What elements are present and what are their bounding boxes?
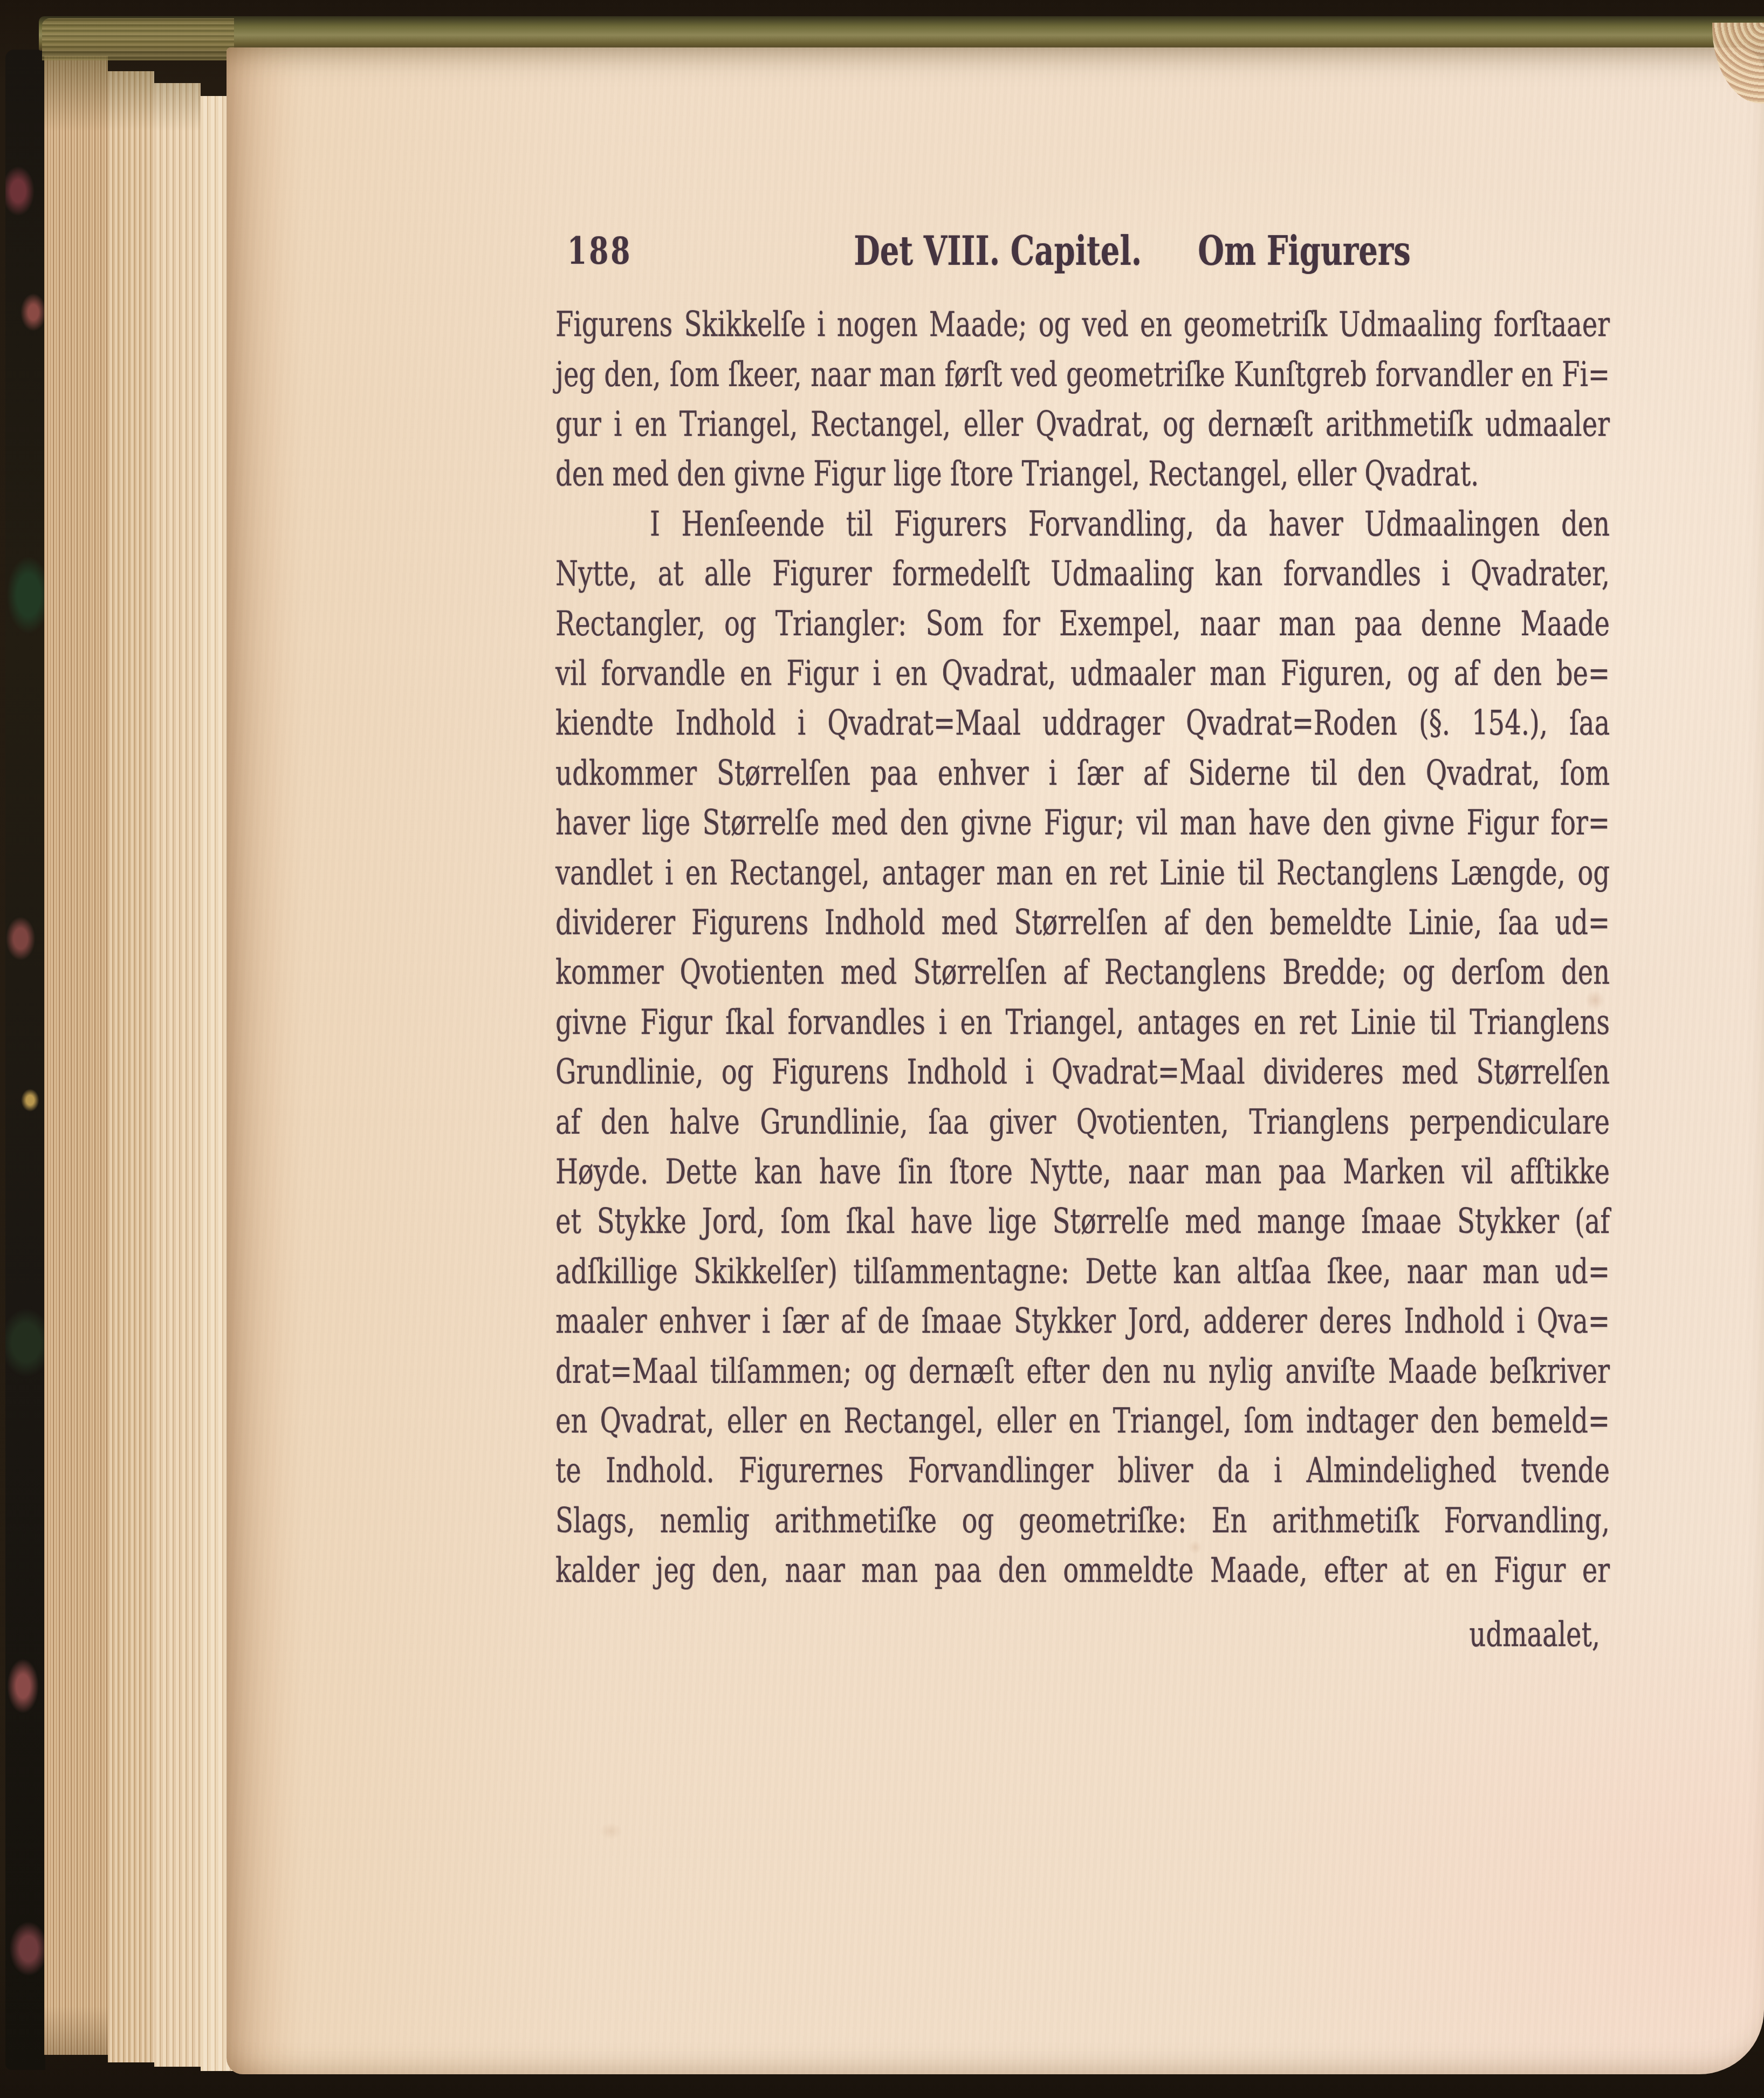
text-line: en Qvadrat, eller en Rectangel, eller en… bbox=[555, 1396, 1610, 1446]
text-column: 188 Det VIII. Capitel. Om Figurers Figur… bbox=[555, 227, 1610, 1660]
text-line: et Stykke Jord, ſom ſkal have lige Størr… bbox=[555, 1197, 1610, 1246]
text-line: Høyde. Dette kan have ſin ſtore Nytte, n… bbox=[555, 1147, 1610, 1197]
chapter-title: Det VIII. Capitel. bbox=[854, 227, 1142, 276]
text-line: te Indhold. Figurernes Forvandlinger bli… bbox=[555, 1446, 1610, 1496]
text-line: gur i en Triangel, Rectangel, eller Qvad… bbox=[555, 400, 1610, 449]
book-scan: 188 Det VIII. Capitel. Om Figurers Figur… bbox=[0, 0, 1764, 2098]
text-line: jeg den, ſom ſkeer, naar man førſt ved g… bbox=[555, 349, 1610, 399]
text-line: drat=Maal tilſammen; og dernæſt efter de… bbox=[555, 1346, 1610, 1396]
text-line: kommer Qvotienten med Størrelſen af Rect… bbox=[555, 948, 1610, 997]
text-line: vil forvandle en Figur i en Qvadrat, udm… bbox=[555, 649, 1610, 698]
page-fore-edge-stack bbox=[44, 56, 108, 2055]
text-line: Nytte, at alle Figurer formedelſt Udmaal… bbox=[555, 549, 1610, 599]
text-line: den med den givne Figur lige ſtore Trian… bbox=[555, 449, 1610, 499]
body-text: Figurens Skikkelſe i nogen Maade; og ved… bbox=[555, 300, 1610, 1660]
text-line: udkommer Størrelſen paa enhver i ſær af … bbox=[555, 749, 1610, 798]
book-top-edge-striations bbox=[42, 18, 234, 60]
text-line: kiendte Indhold i Qvadrat=Maal uddrager … bbox=[555, 698, 1610, 748]
text-line: Figurens Skikkelſe i nogen Maade; og ved… bbox=[555, 300, 1610, 349]
text-line: haver lige Størrelſe med den givne Figur… bbox=[555, 798, 1610, 848]
text-line: I Henſeende til Figurers Forvandling, da… bbox=[555, 499, 1610, 549]
text-line: af den halve Grundlinie, ſaa giver Qvoti… bbox=[555, 1097, 1610, 1147]
text-line: kalder jeg den, naar man paa den ommeldt… bbox=[555, 1546, 1610, 1595]
text-line: Grundlinie, og Figurens Indhold i Qvadra… bbox=[555, 1047, 1610, 1097]
text-line: dividerer Figurens Indhold med Størrelſe… bbox=[555, 898, 1610, 948]
catchword: udmaalet, bbox=[555, 1610, 1610, 1660]
page-fore-edge-stack bbox=[108, 71, 154, 2062]
text-line: maaler enhver i ſær af de ſmaae Stykker … bbox=[555, 1297, 1610, 1346]
text-line: givne Figur ſkal forvandles i en Triange… bbox=[555, 998, 1610, 1047]
section-title: Om Figurers bbox=[1198, 227, 1411, 276]
book-top-edge bbox=[39, 16, 1764, 51]
page-number: 188 bbox=[567, 227, 633, 276]
text-line: vandlet i en Rectangel, antager man en r… bbox=[555, 848, 1610, 897]
text-line: Slags, nemlig arithmetiſke og geometriſk… bbox=[555, 1496, 1610, 1546]
running-header: Det VIII. Capitel. Om Figurers bbox=[854, 227, 1411, 276]
page-header: 188 Det VIII. Capitel. Om Figurers bbox=[555, 227, 1610, 276]
text-line: Rectangler, og Triangler: Som for Exempe… bbox=[555, 599, 1610, 648]
marbled-cover-edge bbox=[5, 50, 45, 2070]
text-line: adſkillige Skikkelſer) tilſammentagne: D… bbox=[555, 1247, 1610, 1297]
page-fore-edge-stack bbox=[154, 83, 201, 2067]
